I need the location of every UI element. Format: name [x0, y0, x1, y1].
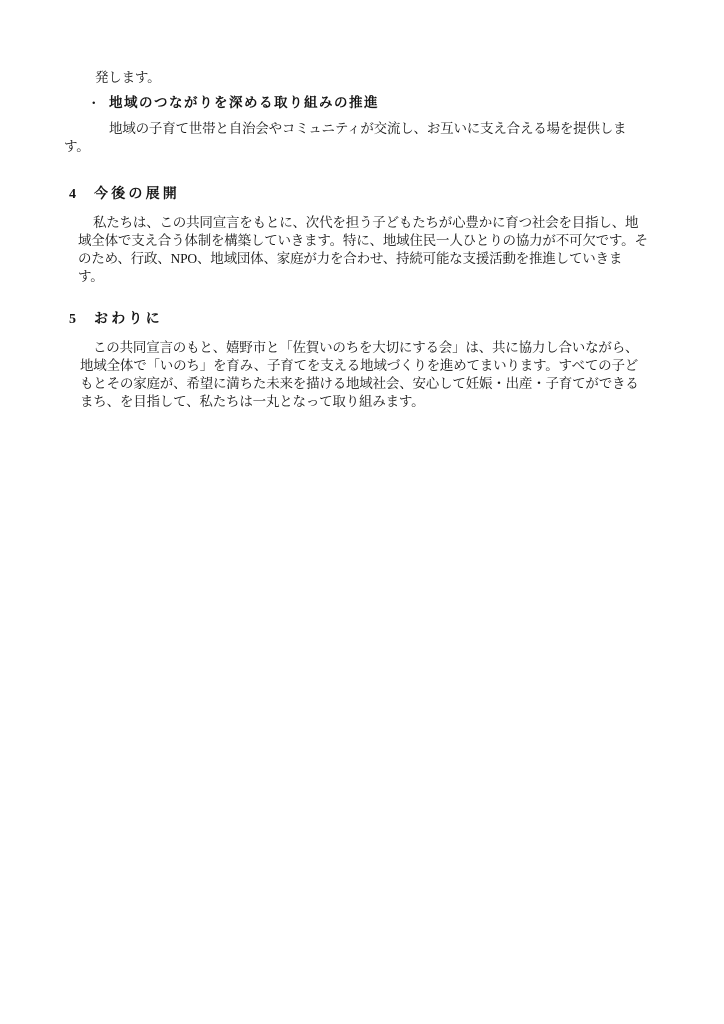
section-4-body-line: す。 [78, 268, 104, 286]
bullet-item-title: 地域のつながりを深める取り組みの推進 [109, 94, 379, 112]
section-5-title: おわりに [94, 311, 163, 329]
section-5-number: 5 [69, 311, 76, 329]
document-page: 発します。 ・ 地域のつながりを深める取り組みの推進 地域の子育て世帯と自治会や… [0, 0, 724, 1024]
section-4-number: 4 [69, 186, 76, 204]
section-4-body-line: のため、行政、NPO、地域団体、家庭が力を合わせ、持続可能な支援活動を推進してい… [78, 250, 622, 268]
bullet-body-line: す。 [64, 138, 90, 156]
section-5-body-line: まち、を目指して、私たちは一丸となって取り組みます。 [80, 393, 424, 411]
section-5-body-line: もとその家庭が、希望に満ちた未来を描ける地域社会、安心して妊娠・出産・子育てがで… [80, 375, 639, 393]
section-5-body-line: 地域全体で「いのち」を育み、子育てを支える地域づくりを進めてまいります。すべての… [80, 357, 638, 375]
section-4-body-line: 域全体で支え合う体制を構築していきます。特に、地域住民一人ひとりの協力が不可欠で… [78, 232, 648, 250]
paragraph-continuation-line: 発します。 [95, 69, 160, 87]
section-5-body-line: この共同宣言のもと、嬉野市と「佐賀いのちを大切にする会」は、共に協力し合いながら… [93, 339, 638, 357]
section-4-title: 今後の展開 [94, 186, 180, 204]
bullet-body-line: 地域の子育て世帯と自治会やコミュニティが交流し、お互いに支え合える場を提供しま [109, 120, 626, 138]
bullet-marker-icon: ・ [87, 95, 101, 113]
section-4-body-line: 私たちは、この共同宣言をもとに、次代を担う子どもたちが心豊かに育つ社会を目指し、… [93, 214, 638, 232]
